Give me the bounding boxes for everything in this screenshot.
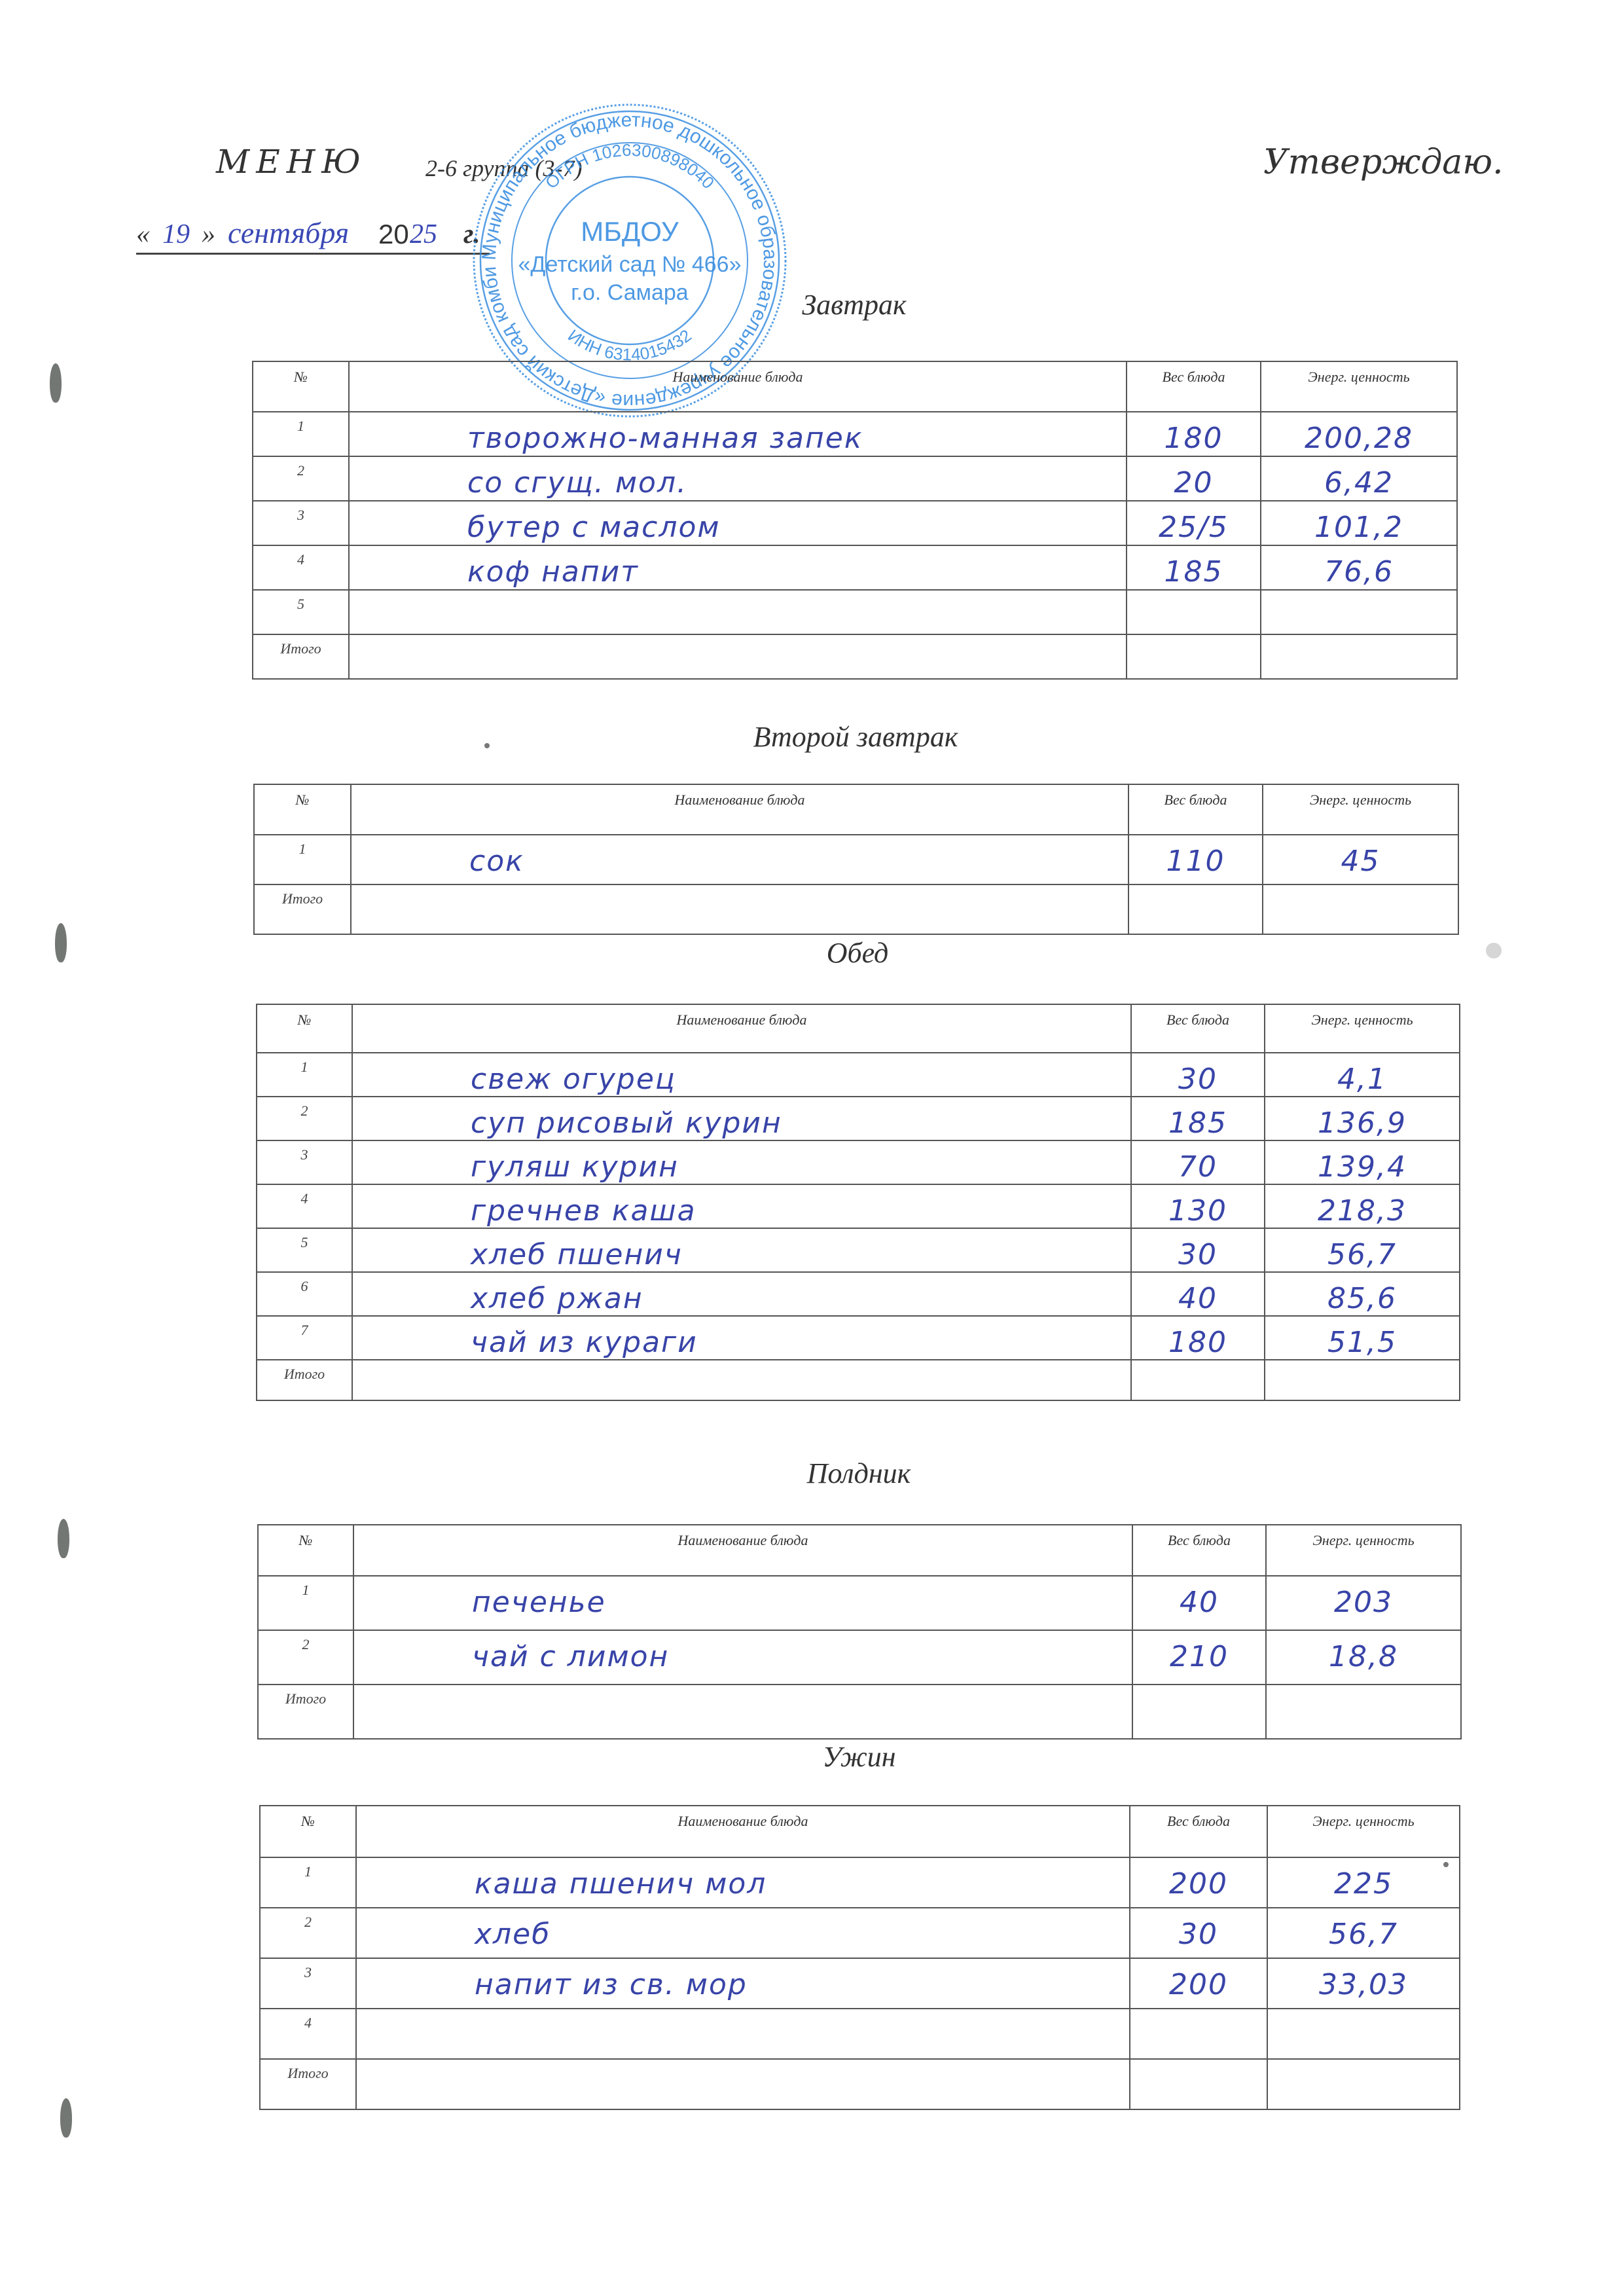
- dish-energy: 51,5: [1265, 1316, 1460, 1360]
- row-number: 2: [253, 456, 349, 501]
- total-name-cell: [353, 1685, 1132, 1739]
- table-row: 2суп рисовый курин185136,9: [257, 1097, 1460, 1140]
- total-row: Итого: [258, 1685, 1461, 1739]
- dish-weight: 185: [1127, 545, 1261, 590]
- dish-name: коф напит: [349, 545, 1127, 590]
- table-row: 1свеж огурец304,1: [257, 1053, 1460, 1097]
- dish-weight: [1130, 2009, 1267, 2059]
- punch-hole-mark: [55, 923, 67, 962]
- dish-energy: 76,6: [1261, 545, 1457, 590]
- dish-name: гуляш курин: [352, 1140, 1131, 1184]
- row-number: 3: [257, 1140, 352, 1184]
- dish-name: напит из св. мор: [356, 1958, 1130, 2009]
- total-energy: [1261, 634, 1457, 679]
- date-day: 19: [162, 219, 190, 250]
- dish-energy: 45: [1263, 835, 1458, 884]
- table-row: 1печенье40203: [258, 1576, 1461, 1630]
- col-num-header: №: [253, 361, 349, 412]
- row-number: 2: [260, 1908, 356, 1958]
- dish-weight: 200: [1130, 1958, 1267, 2009]
- table-row: 4коф напит18576,6: [253, 545, 1457, 590]
- total-weight: [1127, 634, 1261, 679]
- meal-title: Полдник: [662, 1457, 1055, 1490]
- col-num-header: №: [258, 1525, 353, 1576]
- col-weight-header: Вес блюда: [1130, 1806, 1267, 1857]
- col-num-header: №: [257, 1004, 352, 1053]
- dish-name: суп рисовый курин: [352, 1097, 1131, 1140]
- menu-date: « 19 » сентября 20 25 г.: [136, 216, 490, 255]
- col-name-header: Наименование блюда: [353, 1525, 1132, 1576]
- date-open-quote: «: [136, 219, 150, 250]
- row-number: 4: [260, 2009, 356, 2059]
- svg-text:ИНН 6314015432: ИНН 6314015432: [564, 325, 695, 365]
- scan-dot: [484, 743, 490, 748]
- table-row: 4гречнев каша130218,3: [257, 1184, 1460, 1228]
- col-weight-header: Вес блюда: [1127, 361, 1261, 412]
- dish-energy: 18,8: [1266, 1630, 1461, 1685]
- dish-weight: 30: [1131, 1228, 1265, 1272]
- total-row: Итого: [260, 2059, 1460, 2109]
- total-energy: [1263, 884, 1458, 934]
- total-row: Итого: [254, 884, 1458, 934]
- dish-energy: 203: [1266, 1576, 1461, 1630]
- total-label: Итого: [253, 634, 349, 679]
- row-number: 2: [258, 1630, 353, 1685]
- dish-name: каша пшенич мол: [356, 1857, 1130, 1908]
- row-number: 3: [260, 1958, 356, 2009]
- col-weight-header: Вес блюда: [1128, 784, 1263, 835]
- dish-name: хлеб ржан: [352, 1272, 1131, 1316]
- dish-energy: [1267, 2009, 1460, 2059]
- date-year-prefix: 20: [378, 219, 409, 250]
- row-number: 5: [253, 590, 349, 634]
- row-number: 5: [257, 1228, 352, 1272]
- group-label: 2-6 группа (3-7): [425, 155, 583, 182]
- scan-smudge: [1486, 943, 1502, 958]
- col-energy-header: Энерг. ценность: [1266, 1525, 1461, 1576]
- approve-label: Утверждаю.: [1263, 143, 1504, 182]
- total-energy: [1266, 1685, 1461, 1739]
- dish-energy: [1261, 590, 1457, 634]
- dish-weight: 20: [1127, 456, 1261, 501]
- total-label: Итого: [258, 1685, 353, 1739]
- meal-table: №Наименование блюдаВес блюдаЭнерг. ценно…: [253, 784, 1459, 935]
- total-weight: [1128, 884, 1263, 934]
- dish-name: печенье: [353, 1576, 1132, 1630]
- row-number: 1: [253, 412, 349, 456]
- dish-weight: 70: [1131, 1140, 1265, 1184]
- meal-table: №Наименование блюдаВес блюдаЭнерг. ценно…: [257, 1524, 1462, 1740]
- total-row: Итого: [257, 1360, 1460, 1400]
- total-label: Итого: [260, 2059, 356, 2109]
- dish-energy: 200,28: [1261, 412, 1457, 456]
- total-name-cell: [356, 2059, 1130, 2109]
- dish-weight: 30: [1131, 1053, 1265, 1097]
- col-num-header: №: [254, 784, 351, 835]
- table-header-row: №Наименование блюдаВес блюдаЭнерг. ценно…: [253, 361, 1457, 412]
- meal-table: №Наименование блюдаВес блюдаЭнерг. ценно…: [256, 1004, 1460, 1401]
- table-row: 3гуляш курин70139,4: [257, 1140, 1460, 1184]
- total-weight: [1131, 1360, 1265, 1400]
- table-row: 2чай с лимон21018,8: [258, 1630, 1461, 1685]
- dish-energy: 136,9: [1265, 1097, 1460, 1140]
- table-row: 1каша пшенич мол200225: [260, 1857, 1460, 1908]
- total-name-cell: [351, 884, 1128, 934]
- dish-energy: 225: [1267, 1857, 1460, 1908]
- dish-weight: 40: [1132, 1576, 1266, 1630]
- table-row: 5: [253, 590, 1457, 634]
- dish-name: свеж огурец: [352, 1053, 1131, 1097]
- dish-weight: 30: [1130, 1908, 1267, 1958]
- dish-name: гречнев каша: [352, 1184, 1131, 1228]
- date-year-suffix: 25: [410, 219, 437, 250]
- dish-energy: 218,3: [1265, 1184, 1460, 1228]
- table-row: 1творожно-манная запек180200,28: [253, 412, 1457, 456]
- dish-name: творожно-манная запек: [349, 412, 1127, 456]
- col-weight-header: Вес блюда: [1131, 1004, 1265, 1053]
- punch-hole-mark: [60, 2098, 72, 2138]
- dish-weight: 130: [1131, 1184, 1265, 1228]
- row-number: 1: [258, 1576, 353, 1630]
- col-name-header: Наименование блюда: [349, 361, 1127, 412]
- table-row: 2со сгущ. мол.206,42: [253, 456, 1457, 501]
- dish-weight: 110: [1128, 835, 1263, 884]
- table-row: 3напит из св. мор20033,03: [260, 1958, 1460, 2009]
- row-number: 1: [260, 1857, 356, 1908]
- total-row: Итого: [253, 634, 1457, 679]
- dish-name: [356, 2009, 1130, 2059]
- meal-table: №Наименование блюдаВес блюдаЭнерг. ценно…: [259, 1805, 1460, 2110]
- row-number: 4: [253, 545, 349, 590]
- table-row: 3бутер с маслом25/5101,2: [253, 501, 1457, 545]
- dish-name: бутер с маслом: [349, 501, 1127, 545]
- table-row: 4: [260, 2009, 1460, 2059]
- table-header-row: №Наименование блюдаВес блюдаЭнерг. ценно…: [260, 1806, 1460, 1857]
- dish-energy: 6,42: [1261, 456, 1457, 501]
- table-row: 1сок11045: [254, 835, 1458, 884]
- table-row: 2хлеб3056,7: [260, 1908, 1460, 1958]
- row-number: 4: [257, 1184, 352, 1228]
- col-name-header: Наименование блюда: [351, 784, 1128, 835]
- dish-name: хлеб: [356, 1908, 1130, 1958]
- dish-weight: 180: [1131, 1316, 1265, 1360]
- row-number: 6: [257, 1272, 352, 1316]
- total-weight: [1132, 1685, 1266, 1739]
- col-energy-header: Энерг. ценность: [1267, 1806, 1460, 1857]
- table-header-row: №Наименование блюдаВес блюдаЭнерг. ценно…: [257, 1004, 1460, 1053]
- meal-title: Второй завтрак: [659, 720, 1052, 754]
- col-energy-header: Энерг. ценность: [1261, 361, 1457, 412]
- menu-title: МЕНЮ: [216, 143, 367, 181]
- dish-name: [349, 590, 1127, 634]
- dish-energy: 139,4: [1265, 1140, 1460, 1184]
- dish-energy: 56,7: [1265, 1228, 1460, 1272]
- total-name-cell: [349, 634, 1127, 679]
- dish-weight: [1127, 590, 1261, 634]
- col-energy-header: Энерг. ценность: [1265, 1004, 1460, 1053]
- total-energy: [1267, 2059, 1460, 2109]
- col-energy-header: Энерг. ценность: [1263, 784, 1458, 835]
- punch-hole-mark: [50, 363, 62, 403]
- date-year-mark: г.: [463, 219, 480, 250]
- col-num-header: №: [260, 1806, 356, 1857]
- row-number: 7: [257, 1316, 352, 1360]
- dish-energy: 101,2: [1261, 501, 1457, 545]
- dish-weight: 180: [1127, 412, 1261, 456]
- table-row: 6хлеб ржан4085,6: [257, 1272, 1460, 1316]
- scan-dot: [1443, 1862, 1449, 1867]
- total-name-cell: [352, 1360, 1131, 1400]
- meal-table: №Наименование блюдаВес блюдаЭнерг. ценно…: [252, 361, 1458, 680]
- dish-energy: 33,03: [1267, 1958, 1460, 2009]
- table-row: 5хлеб пшенич3056,7: [257, 1228, 1460, 1272]
- date-month: сентября: [228, 215, 349, 250]
- meal-title: Завтрак: [658, 288, 1051, 321]
- row-number: 3: [253, 501, 349, 545]
- total-weight: [1130, 2059, 1267, 2109]
- dish-name: сок: [351, 835, 1128, 884]
- col-name-header: Наименование блюда: [356, 1806, 1130, 1857]
- meal-title: Ужин: [663, 1740, 1056, 1774]
- dish-weight: 200: [1130, 1857, 1267, 1908]
- col-weight-header: Вес блюда: [1132, 1525, 1266, 1576]
- total-label: Итого: [257, 1360, 352, 1400]
- dish-weight: 25/5: [1127, 501, 1261, 545]
- total-energy: [1265, 1360, 1460, 1400]
- row-number: 1: [254, 835, 351, 884]
- dish-name: чай из кураги: [352, 1316, 1131, 1360]
- total-label: Итого: [254, 884, 351, 934]
- table-row: 7чай из кураги18051,5: [257, 1316, 1460, 1360]
- dish-weight: 40: [1131, 1272, 1265, 1316]
- row-number: 2: [257, 1097, 352, 1140]
- row-number: 1: [257, 1053, 352, 1097]
- dish-energy: 56,7: [1267, 1908, 1460, 1958]
- col-name-header: Наименование блюда: [352, 1004, 1131, 1053]
- table-header-row: №Наименование блюдаВес блюдаЭнерг. ценно…: [258, 1525, 1461, 1576]
- svg-text:«Детский сад № 466»: «Детский сад № 466»: [518, 252, 742, 277]
- punch-hole-mark: [58, 1519, 69, 1558]
- dish-energy: 85,6: [1265, 1272, 1460, 1316]
- dish-name: со сгущ. мол.: [349, 456, 1127, 501]
- date-close-quote: »: [202, 219, 215, 250]
- svg-text:МБДОУ: МБДОУ: [581, 216, 679, 247]
- dish-name: хлеб пшенич: [352, 1228, 1131, 1272]
- dish-weight: 185: [1131, 1097, 1265, 1140]
- dish-energy: 4,1: [1265, 1053, 1460, 1097]
- dish-weight: 210: [1132, 1630, 1266, 1685]
- table-header-row: №Наименование блюдаВес блюдаЭнерг. ценно…: [254, 784, 1458, 835]
- dish-name: чай с лимон: [353, 1630, 1132, 1685]
- meal-title: Обед: [661, 936, 1054, 970]
